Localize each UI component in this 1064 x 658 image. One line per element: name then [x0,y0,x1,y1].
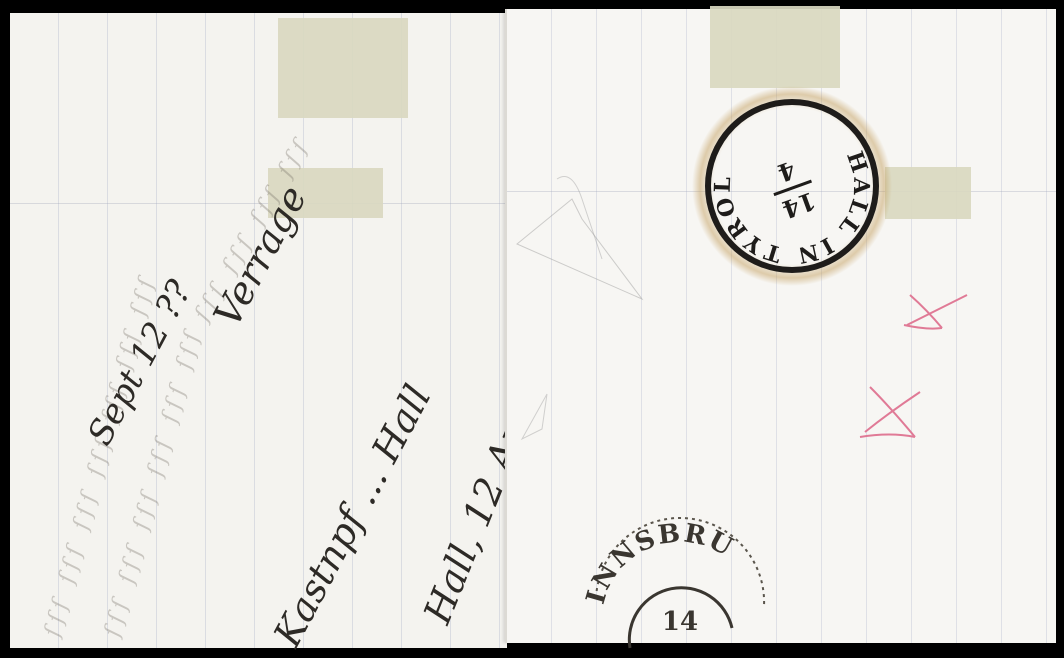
docket-line-place: Kastnpf ... Hall [265,378,440,654]
stamp-hinge-right [885,167,971,219]
crayon-cross-mark [860,382,930,442]
stamp-hinge-top [278,18,408,118]
postmark-date: 14 [662,607,698,637]
innsbruck-postmark: INNSBRU 14 [590,528,770,658]
pencil-sketch [512,159,642,459]
stamp-hinge-top-right [710,6,840,88]
crayon-cross-mark [902,290,972,340]
hall-in-tyrol-postmark: HALL IN TYROL 14 4 [692,86,892,286]
postmark-town-text: INNSBRU [581,518,739,607]
svg-text:INNSBRU: INNSBRU [581,518,739,607]
letter-sheet-left: ſſſ ſſſ ſſſ ſſſ ſſſ ſſſ ſſſ ſſſ ſſſ ſſſ … [10,13,507,648]
